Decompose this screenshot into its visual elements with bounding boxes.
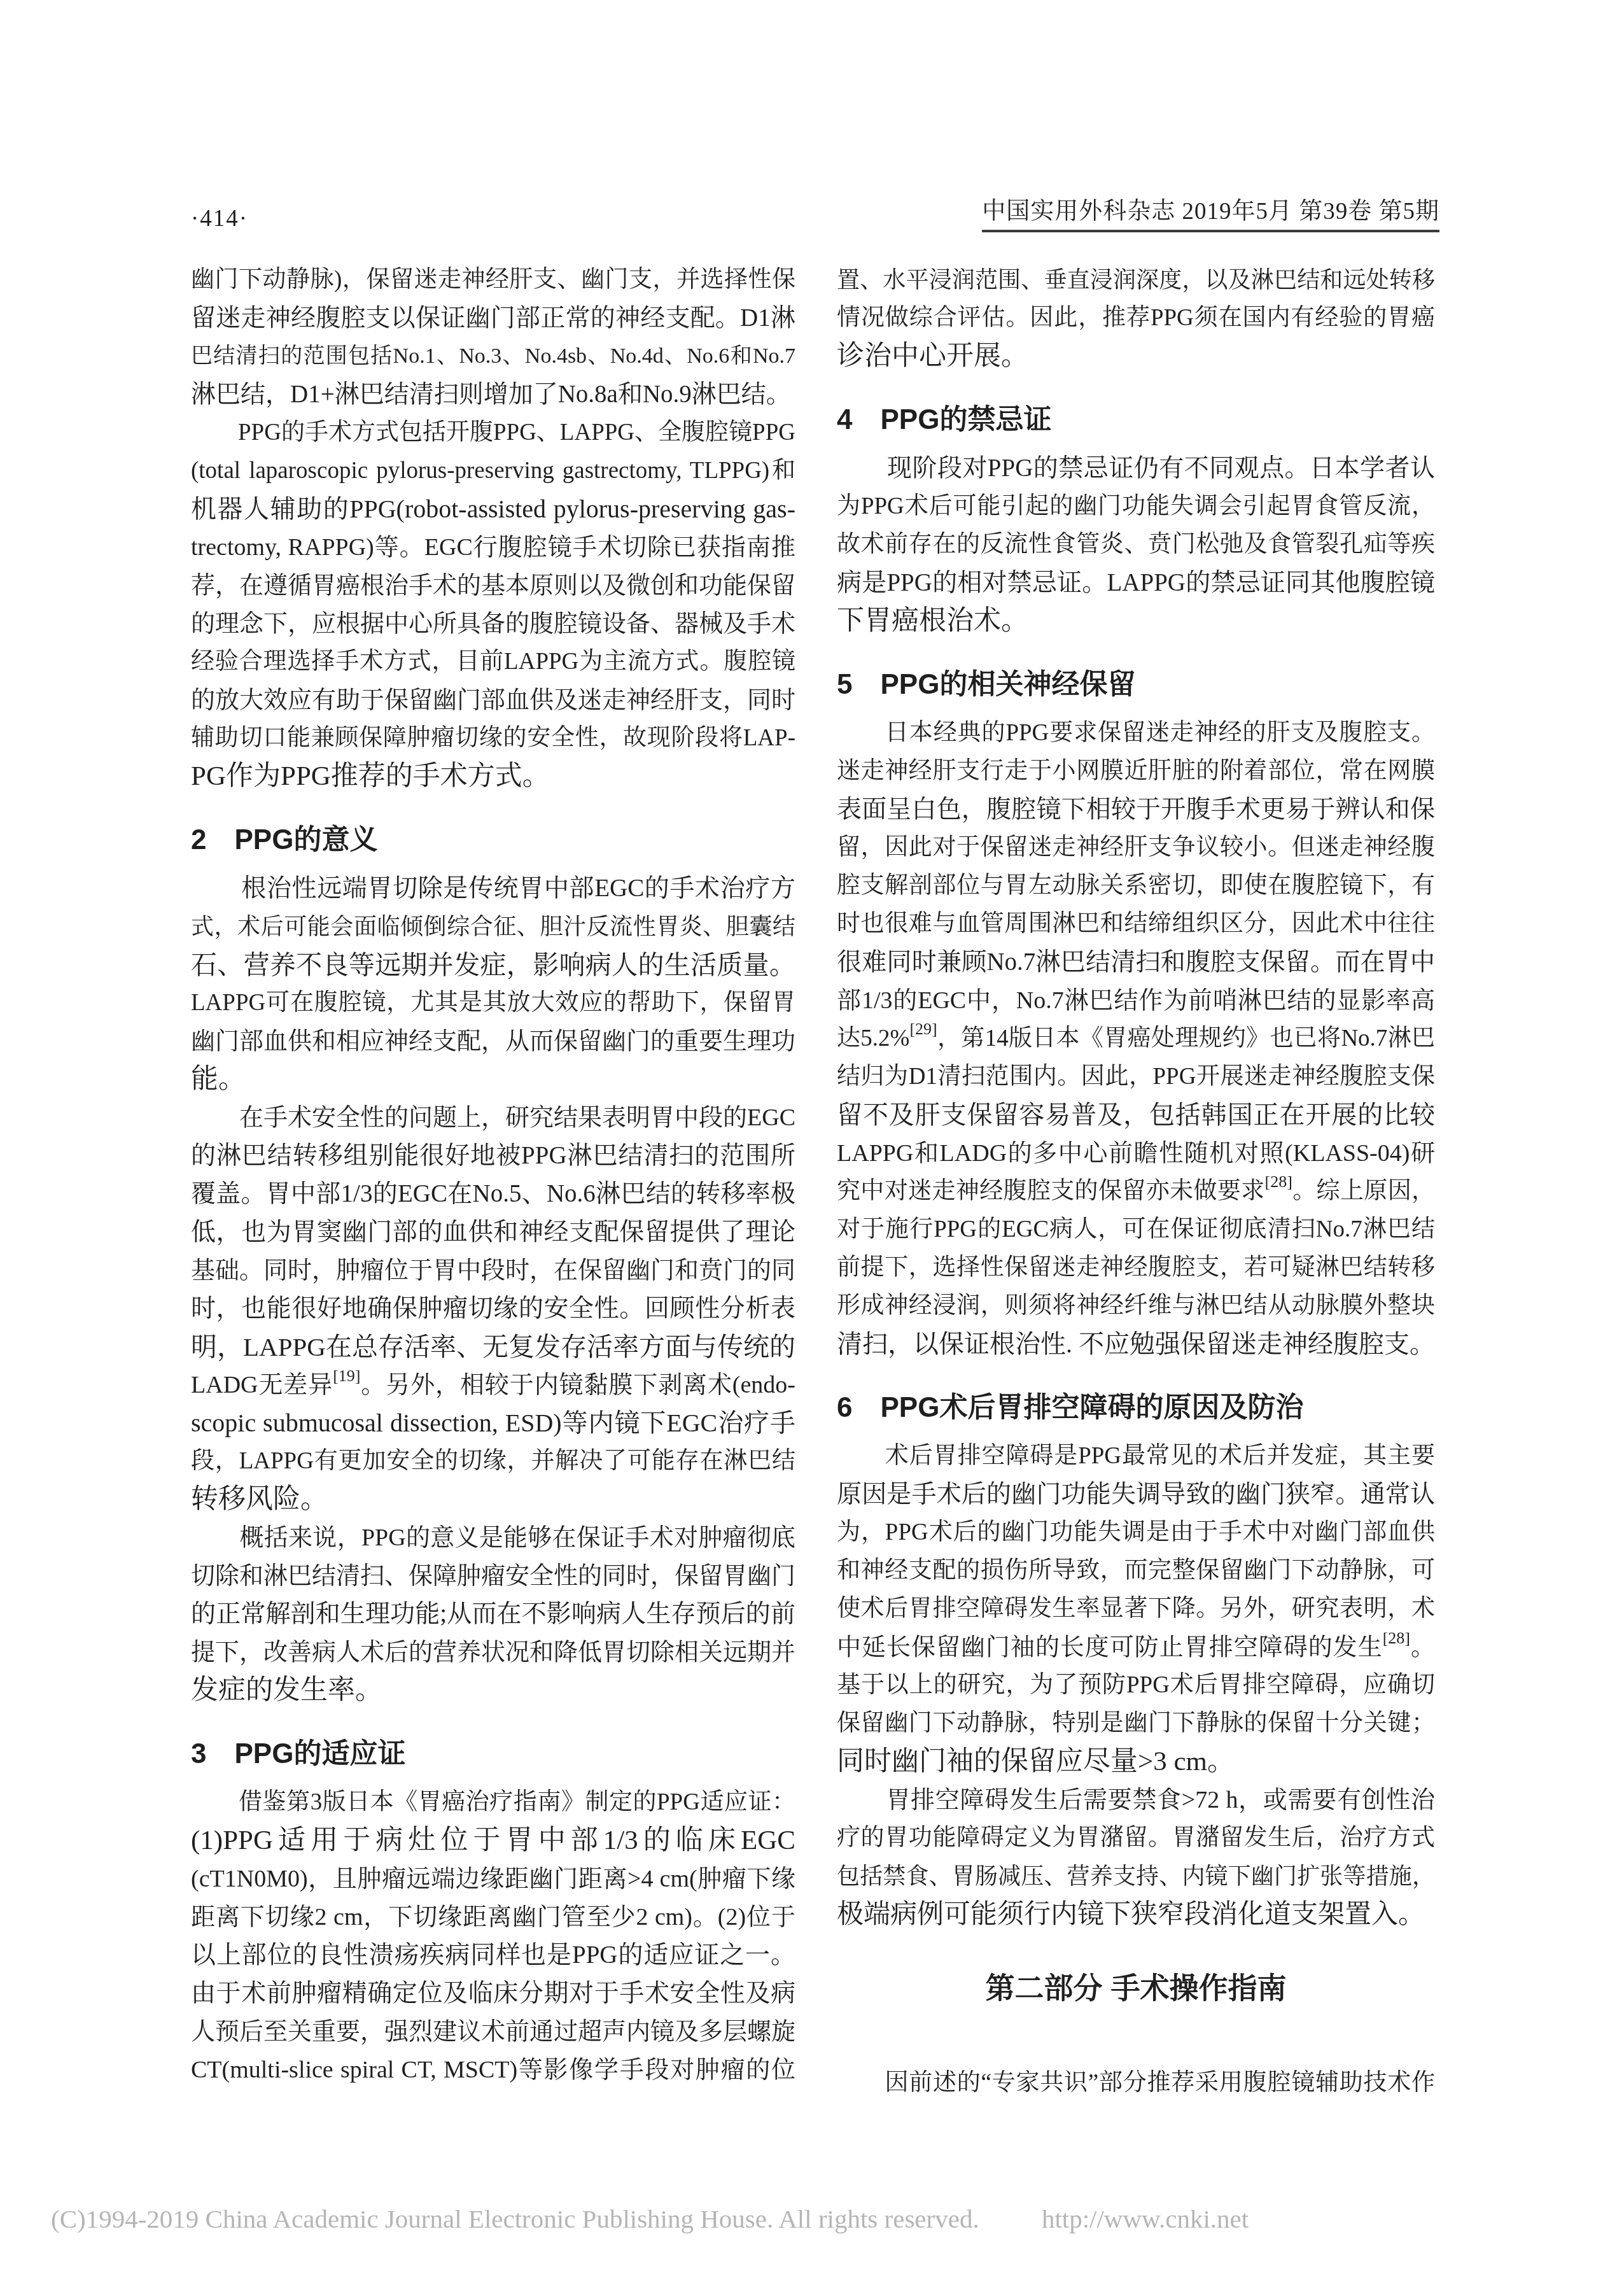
text-line: (cT1N0M0)，且肿瘤远端边缘距幽门距离>4 cm(肿瘤下缘 (191, 1860, 795, 1898)
text-line: LAPPG和LADG的多中心前瞻性随机对照(KLASS-04)研 (837, 1134, 1435, 1172)
text-line: 提下，改善病人术后的营养状况和降低胃切除相关远期并 (191, 1633, 795, 1671)
text-line: 机器人辅助的PPG(robot-assisted pylorus-preserv… (191, 490, 795, 528)
text-line: 保留幽门下动静脉，特别是幽门下静脉的保留十分关键； (837, 1705, 1435, 1743)
page-footer: (C)1994-2019 China Academic Journal Elec… (51, 2204, 1249, 2234)
text-line: 诊治中心开展。 (837, 337, 1435, 376)
text-line: PG作为PPG推荐的手术方式。 (191, 757, 795, 796)
text-line: 同时幽门袖的保留应尽量>3 cm。 (837, 1743, 1435, 1781)
text-line: 概括来说，PPG的意义是能够在保证手术对肿瘤彻底 (191, 1519, 795, 1557)
text-line: 在手术安全性的问题上，研究结果表明胃中段的EGC (191, 1099, 795, 1137)
text-line: 人预后至关重要，强烈建议术前通过超声内镜及多层螺旋 (191, 2013, 795, 2051)
text-line: 式，术后可能会面临倾倒综合征、胆汁反流性胃炎、胆囊结 (191, 908, 795, 946)
cnki-url: http://www.cnki.net (1042, 2204, 1249, 2233)
page-number: ·414· (191, 206, 248, 232)
text-line: 下胃癌根治术。 (837, 602, 1435, 640)
text-line: 原因是手术后的幽门功能失调导致的幽门狭窄。通常认 (837, 1475, 1435, 1514)
section-heading: 2 PPG的意义 (191, 821, 795, 859)
text-line: 留不及肝支保留容易普及，包括韩国正在开展的比较 (837, 1096, 1435, 1134)
section-heading: 6 PPG术后胃排空障碍的原因及防治 (837, 1389, 1435, 1427)
text-line: 明，LAPPG在总存活率、无复发存活率方面与传统的 (191, 1328, 795, 1366)
text-line: 淋巴结，D1+淋巴结清扫则增加了No.8a和No.9淋巴结。 (191, 376, 795, 414)
section-heading: 5 PPG的相关神经保留 (837, 666, 1435, 704)
text-line: 部1/3的EGC中，No.7淋巴结作为前哨淋巴结的显影率高 (837, 981, 1435, 1020)
text-line: 因前述的“专家共识”部分推荐采用腹腔镜辅助技术作 (837, 2064, 1435, 2102)
copyright-text: (C)1994-2019 China Academic Journal Elec… (51, 2204, 979, 2233)
text-line: 幽门下动静脉)，保留迷走神经肝支、幽门支，并选择性保 (191, 261, 795, 299)
text-line: 基于以上的研究，为了预防PPG术后胃排空障碍，应确切 (837, 1666, 1435, 1705)
text-line: 辅助切口能兼顾保障肿瘤切缘的安全性，故现阶段将LAP- (191, 719, 795, 757)
text-line: 幽门部血供和相应神经支配，从而保留幽门的重要生理功 (191, 1022, 795, 1060)
text-line: 故术前存在的反流性食管炎、贲门松弛及食管裂孔疝等疾 (837, 526, 1435, 564)
text-line: 能。 (191, 1060, 795, 1099)
right-column: 置、水平浸润范围、垂直浸润深度，以及淋巴结和远处转移情况做综合评估。因此，推荐P… (837, 261, 1435, 2102)
text-line: 段，LAPPG有更加安全的切缘，并解决了可能存在淋巴结 (191, 1442, 795, 1480)
text-line: 切除和淋巴结清扫、保障肿瘤安全性的同时，保留胃幽门 (191, 1557, 795, 1595)
text-line: 胃排空障碍发生后需要禁食>72 h，或需要有创性治 (837, 1781, 1435, 1819)
text-line: 使术后胃排空障碍发生率显著下降。另外，研究表明，术 (837, 1590, 1435, 1628)
text-line: 低，也为胃窦幽门部的血供和神经支配保留提供了理论 (191, 1213, 795, 1251)
part-heading: 第二部分 手术操作指南 (837, 1969, 1435, 2007)
text-line: 时，也能很好地确保肿瘤切缘的安全性。回顾性分析表 (191, 1290, 795, 1328)
text-line: trectomy, RAPPG)等。EGC行腹腔镜手术切除已获指南推 (191, 528, 795, 566)
text-line: 由于术前肿瘤精确定位及临床分期对于手术安全性及病 (191, 1974, 795, 2013)
text-line: 发症的发生率。 (191, 1671, 795, 1710)
text-line: 对于施行PPG的EGC病人，可在保证彻底清扫No.7淋巴结 (837, 1211, 1435, 1249)
text-line: 和神经支配的损伤所导致，而完整保留幽门下动静脉，可 (837, 1552, 1435, 1590)
text-line: 巴结清扫的范围包括No.1、No.3、No.4sb、No.4d、No.6和No.… (191, 337, 795, 376)
text-line: 病是PPG的相对禁忌证。LAPPG的禁忌证同其他腹腔镜 (837, 564, 1435, 602)
text-line: CT(multi-slice spiral CT, MSCT)等影像学手段对肿瘤… (191, 2051, 795, 2089)
text-line: scopic submucosal dissection, ESD)等内镜下EG… (191, 1404, 795, 1442)
text-line: 很难同时兼顾No.7淋巴结清扫和腹腔支保留。而在胃中 (837, 943, 1435, 981)
text-line: PPG的手术方式包括开腹PPG、LAPPG、全腹腔镜PPG (191, 414, 795, 452)
journal-info: 中国实用外科杂志 2019年5月 第39卷 第5期 (982, 199, 1439, 232)
text-line: 疗的胃功能障碍定义为胃潴留。胃潴留发生后，治疗方式 (837, 1819, 1435, 1857)
text-line: 基础。同时，肿瘤位于胃中段时，在保留幽门和贲门的同 (191, 1251, 795, 1290)
text-line: 表面呈白色，腹腔镜下相较于开腹手术更易于辨认和保 (837, 791, 1435, 829)
text-line: 时也很难与血管周围淋巴和结缔组织区分，因此术中往往 (837, 905, 1435, 943)
text-line: LAPPG可在腹腔镜，尤其是其放大效应的帮助下，保留胃 (191, 984, 795, 1022)
text-line: (1)PPG适用于病灶位于胃中部1/3的临床EGC (191, 1822, 795, 1860)
text-line: 现阶段对PPG的禁忌证仍有不同观点。日本学者认 (837, 449, 1435, 488)
text-line: 术后胃排空障碍是PPG最常见的术后并发症，其主要 (837, 1437, 1435, 1475)
text-line: 情况做综合评估。因此，推荐PPG须在国内有经验的胃癌 (837, 299, 1435, 337)
text-line: 石、营养不良等远期并发症，影响病人的生活质量。 (191, 946, 795, 984)
text-line: 借鉴第3版日本《胃癌治疗指南》制定的PPG适应证： (191, 1783, 795, 1822)
text-line: 究中对迷走神经腹腔支的保留亦未做要求[28]。综上原因， (837, 1172, 1435, 1211)
text-line: 包括禁食、胃肠减压、营养支持、内镜下幽门扩张等措施， (837, 1857, 1435, 1895)
text-line: 的淋巴结转移组别能很好地被PPG淋巴结清扫的范围所 (191, 1137, 795, 1175)
text-line: 极端病例可能须行内镜下狭窄段消化道支架置入。 (837, 1895, 1435, 1934)
text-line: 根治性远端胃切除是传统胃中部EGC的手术治疗方 (191, 869, 795, 908)
text-line: 结归为D1清扫范围内。因此，PPG开展迷走神经腹腔支保 (837, 1058, 1435, 1096)
left-column: 幽门下动静脉)，保留迷走神经肝支、幽门支，并选择性保留迷走神经腹腔支以保证幽门部… (191, 261, 795, 2102)
text-line: 的放大效应有助于保留幽门部血供及迷走神经肝支，同时 (191, 681, 795, 719)
text-line: 腔支解剖部位与胃左动脉关系密切，即使在腹腔镜下，有 (837, 867, 1435, 905)
text-line: 为，PPG术后的幽门功能失调是由于手术中对幽门部血供 (837, 1514, 1435, 1552)
text-line: 形成神经浸润，则须将神经纤维与淋巴结从动脉膜外整块 (837, 1287, 1435, 1325)
text-line: 覆盖。胃中部1/3的EGC在No.5、No.6淋巴结的转移率极 (191, 1175, 795, 1213)
text-line: 置、水平浸润范围、垂直浸润深度，以及淋巴结和远处转移 (837, 261, 1435, 299)
page-header: ·414· 中国实用外科杂志 2019年5月 第39卷 第5期 (191, 199, 1439, 232)
text-line: 的理念下，应根据中心所具备的腹腔镜设备、器械及手术 (191, 605, 795, 643)
text-line: 达5.2%[29]，第14版日本《胃癌处理规约》也已将No.7淋巴 (837, 1020, 1435, 1058)
text-line: 日本经典的PPG要求保留迷走神经的肝支及腹腔支。 (837, 714, 1435, 752)
text-line: 距离下切缘2 cm，下切缘距离幽门管至少2 cm)。(2)位于 (191, 1898, 795, 1936)
text-line: 前提下，选择性保留迷走神经腹腔支，若可疑淋巴结转移 (837, 1249, 1435, 1287)
text-line: 留，因此对于保留迷走神经肝支争议较小。但迷走神经腹 (837, 829, 1435, 867)
text-line: 荐，在遵循胃癌根治手术的基本原则以及微创和功能保留 (191, 566, 795, 605)
article-body: 幽门下动静脉)，保留迷走神经肝支、幽门支，并选择性保留迷走神经腹腔支以保证幽门部… (191, 261, 1435, 2102)
text-line: 的正常解剖和生理功能;从而在不影响病人生存预后的前 (191, 1595, 795, 1633)
text-line: 转移风险。 (191, 1480, 795, 1519)
text-line: 中延长保留幽门袖的长度可防止胃排空障碍的发生[28]。 (837, 1628, 1435, 1666)
text-line: 以上部位的良性溃疡疾病同样也是PPG的适应证之一。 (191, 1936, 795, 1974)
section-heading: 4 PPG的禁忌证 (837, 401, 1435, 439)
text-line: 经验合理选择手术方式，目前LAPPG为主流方式。腹腔镜 (191, 643, 795, 681)
text-line: 清扫，以保证根治性. 不应勉强保留迷走神经腹腔支。 (837, 1325, 1435, 1363)
text-line: (total laparoscopic pylorus-preserving g… (191, 452, 795, 490)
section-heading: 3 PPG的适应证 (191, 1735, 795, 1773)
text-line: 迷走神经肝支行走于小网膜近肝脏的附着部位，常在网膜 (837, 752, 1435, 791)
text-line: LADG无差异[19]。另外，相较于内镜黏膜下剥离术(endo- (191, 1366, 795, 1404)
text-line: 为PPG术后可能引起的幽门功能失调会引起胃食管反流， (837, 488, 1435, 526)
text-line: 留迷走神经腹腔支以保证幽门部正常的神经支配。D1淋 (191, 299, 795, 337)
